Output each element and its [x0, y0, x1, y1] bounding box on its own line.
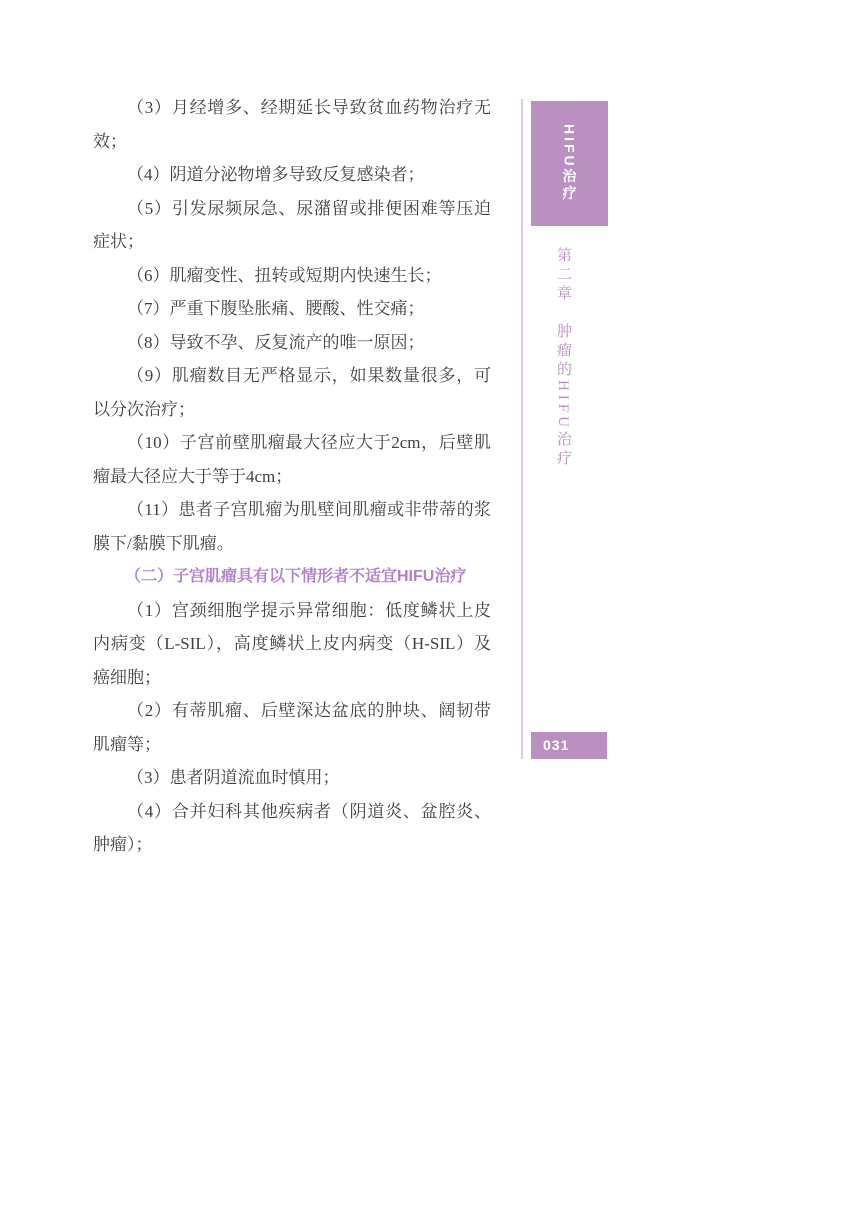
list-item: （7）严重下腹坠胀痛、腰酸、性交痛；	[93, 292, 491, 326]
list-item: （3）患者阴道流血时慎用；	[93, 761, 491, 795]
list-item: （10）子宫前壁肌瘤最大径应大于2cm，后壁肌瘤最大径应大于等于4cm；	[93, 426, 491, 493]
list-item: （4）合并妇科其他疾病者（阴道炎、盆腔炎、肿瘤）；	[93, 795, 491, 862]
page-number-badge: 031	[531, 732, 607, 759]
list-item: （4）阴道分泌物增多导致反复感染者；	[93, 158, 491, 192]
body-text: （3）月经增多、经期延长导致贫血药物治疗无效； （4）阴道分泌物增多导致反复感染…	[93, 91, 491, 862]
list-item: （8）导致不孕、反复流产的唯一原因；	[93, 326, 491, 360]
list-item: （3）月经增多、经期延长导致贫血药物治疗无效；	[93, 91, 491, 158]
chapter-title-vertical: 第二章 肿瘤的HIFU治疗	[553, 247, 574, 469]
book-page: （3）月经增多、经期延长导致贫血药物治疗无效； （4）阴道分泌物增多导致反复感染…	[0, 0, 867, 1218]
chapter-tab-label: HIFU治疗	[560, 124, 580, 203]
sidebar-rule	[521, 99, 523, 759]
list-item: （2）有蒂肌瘤、后壁深达盆底的肿块、阔韧带肌瘤等；	[93, 694, 491, 761]
list-item: （1）宫颈细胞学提示异常细胞：低度鳞状上皮内病变（L-SIL），高度鳞状上皮内病…	[93, 594, 491, 695]
section-heading: （二）子宫肌瘤具有以下情形者不适宜HIFU治疗	[93, 560, 491, 594]
list-item: （9）肌瘤数目无严格显示，如果数量很多，可以分次治疗；	[93, 359, 491, 426]
chapter-tab: HIFU治疗	[531, 101, 608, 226]
list-item: （11）患者子宫肌瘤为肌壁间肌瘤或非带蒂的浆膜下/黏膜下肌瘤。	[93, 493, 491, 560]
list-item: （5）引发尿频尿急、尿潴留或排便困难等压迫症状；	[93, 192, 491, 259]
list-item: （6）肌瘤变性、扭转或短期内快速生长；	[93, 259, 491, 293]
